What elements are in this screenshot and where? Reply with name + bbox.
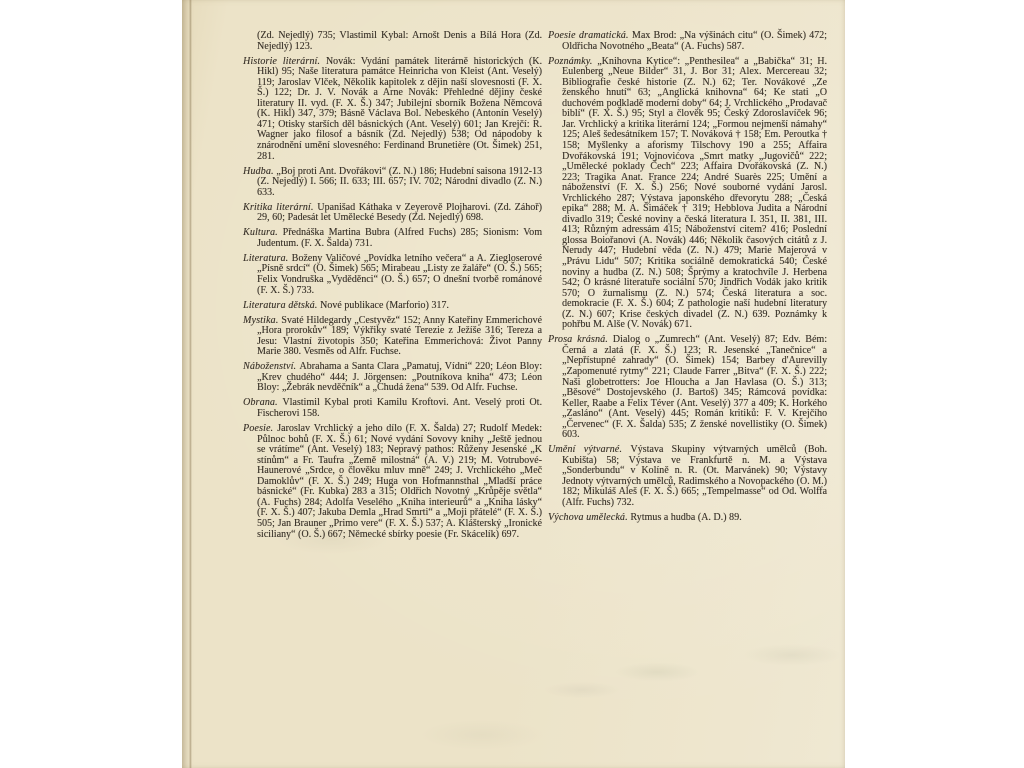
index-column-right: Poesie dramatická. Max Brod: „Na výšinác…	[548, 31, 827, 545]
entry-heading: Poznámky.	[548, 56, 597, 67]
index-entry: Literatura. Boženy Valičové „Povídka let…	[243, 254, 542, 296]
index-entry: Poznámky. „Knihovna Kytice“: „Penthesile…	[548, 57, 827, 331]
entry-heading: Poesie.	[243, 423, 277, 434]
index-entry: Kritika literární. Upanišad Káthaka v Ze…	[243, 203, 542, 224]
page-gutter-crease	[189, 0, 192, 768]
index-entry: Kultura. Přednáška Martina Bubra (Alfred…	[243, 228, 542, 249]
entry-heading: Umění výtvarné.	[548, 444, 630, 455]
entry-heading: Poesie dramatická.	[548, 30, 632, 41]
index-content: (Zd. Nejedlý) 735; Vlastimil Kybal: Arno…	[243, 31, 827, 545]
entry-text: Boženy Valičové „Povídka letního večera“…	[257, 253, 542, 296]
entry-heading: Výchova umělecká.	[548, 512, 630, 523]
book-page: (Zd. Nejedlý) 735; Vlastimil Kybal: Arno…	[182, 0, 845, 768]
index-entry: Poesie. Jaroslav Vrchlický a jeho dílo (…	[243, 424, 542, 540]
entry-text: Vlastimil Kybal proti Kamilu Kroftovi. A…	[257, 397, 542, 419]
entry-text: (Zd. Nejedlý) 735; Vlastimil Kybal: Arno…	[257, 30, 542, 52]
entry-heading: Literatura dětská.	[243, 300, 320, 311]
entry-heading: Kultura.	[243, 227, 283, 238]
index-entry: (Zd. Nejedlý) 735; Vlastimil Kybal: Arno…	[243, 31, 542, 52]
entry-text: Novák: Vydání památek literárně historic…	[257, 56, 542, 162]
entry-heading: Historie literární.	[243, 56, 326, 67]
entry-heading: Hudba.	[243, 166, 276, 177]
entry-heading: Náboženství.	[243, 361, 299, 372]
entry-text: Jaroslav Vrchlický a jeho dílo (F. X. Ša…	[257, 423, 542, 539]
entry-text: Abrahama a Santa Clara „Pamatuj, Vídni“ …	[257, 361, 542, 393]
index-entry: Výchova umělecká. Rytmus a hudba (A. D.)…	[548, 513, 827, 524]
scan-background: (Zd. Nejedlý) 735; Vlastimil Kybal: Arno…	[0, 0, 1024, 768]
index-entry: Literatura dětská. Nové publikace (Marfo…	[243, 301, 542, 312]
entry-text: „Boj proti Ant. Dvořákovi“ (Z. N.) 186; …	[257, 166, 542, 198]
entry-text: Rytmus a hudba (A. D.) 89.	[630, 512, 741, 523]
index-entry: Náboženství. Abrahama a Santa Clara „Pam…	[243, 362, 542, 394]
entry-heading: Kritika literární.	[243, 202, 317, 213]
entry-heading: Mystika.	[243, 315, 281, 326]
entry-text: Dialog o „Zumrech“ (Ant. Veselý) 87; Edv…	[562, 334, 827, 440]
entry-text: Přednáška Martina Bubra (Alfred Fuchs) 2…	[257, 227, 542, 249]
entry-text: Svaté Hildegardy „Cestyvěz“ 152; Anny Ka…	[257, 315, 542, 358]
index-entry: Mystika. Svaté Hildegardy „Cestyvěz“ 152…	[243, 316, 542, 358]
index-entry: Hudba. „Boj proti Ant. Dvořákovi“ (Z. N.…	[243, 167, 542, 199]
index-entry: Prosa krásná. Dialog o „Zumrech“ (Ant. V…	[548, 335, 827, 440]
entry-heading: Obrana.	[243, 397, 282, 408]
index-entry: Poesie dramatická. Max Brod: „Na výšinác…	[548, 31, 827, 52]
index-entry: Historie literární. Novák: Vydání památe…	[243, 57, 542, 162]
entry-text: „Knihovna Kytice“: „Penthesilea“ a „Babi…	[562, 56, 827, 331]
index-column-left: (Zd. Nejedlý) 735; Vlastimil Kybal: Arno…	[243, 31, 542, 545]
index-entry: Umění výtvarné. Výstava Skupiny výtvarný…	[548, 445, 827, 508]
entry-heading: Prosa krásná.	[548, 334, 613, 345]
entry-text: Nové publikace (Marforio) 317.	[320, 300, 449, 311]
index-entry: Obrana. Vlastimil Kybal proti Kamilu Kro…	[243, 398, 542, 419]
